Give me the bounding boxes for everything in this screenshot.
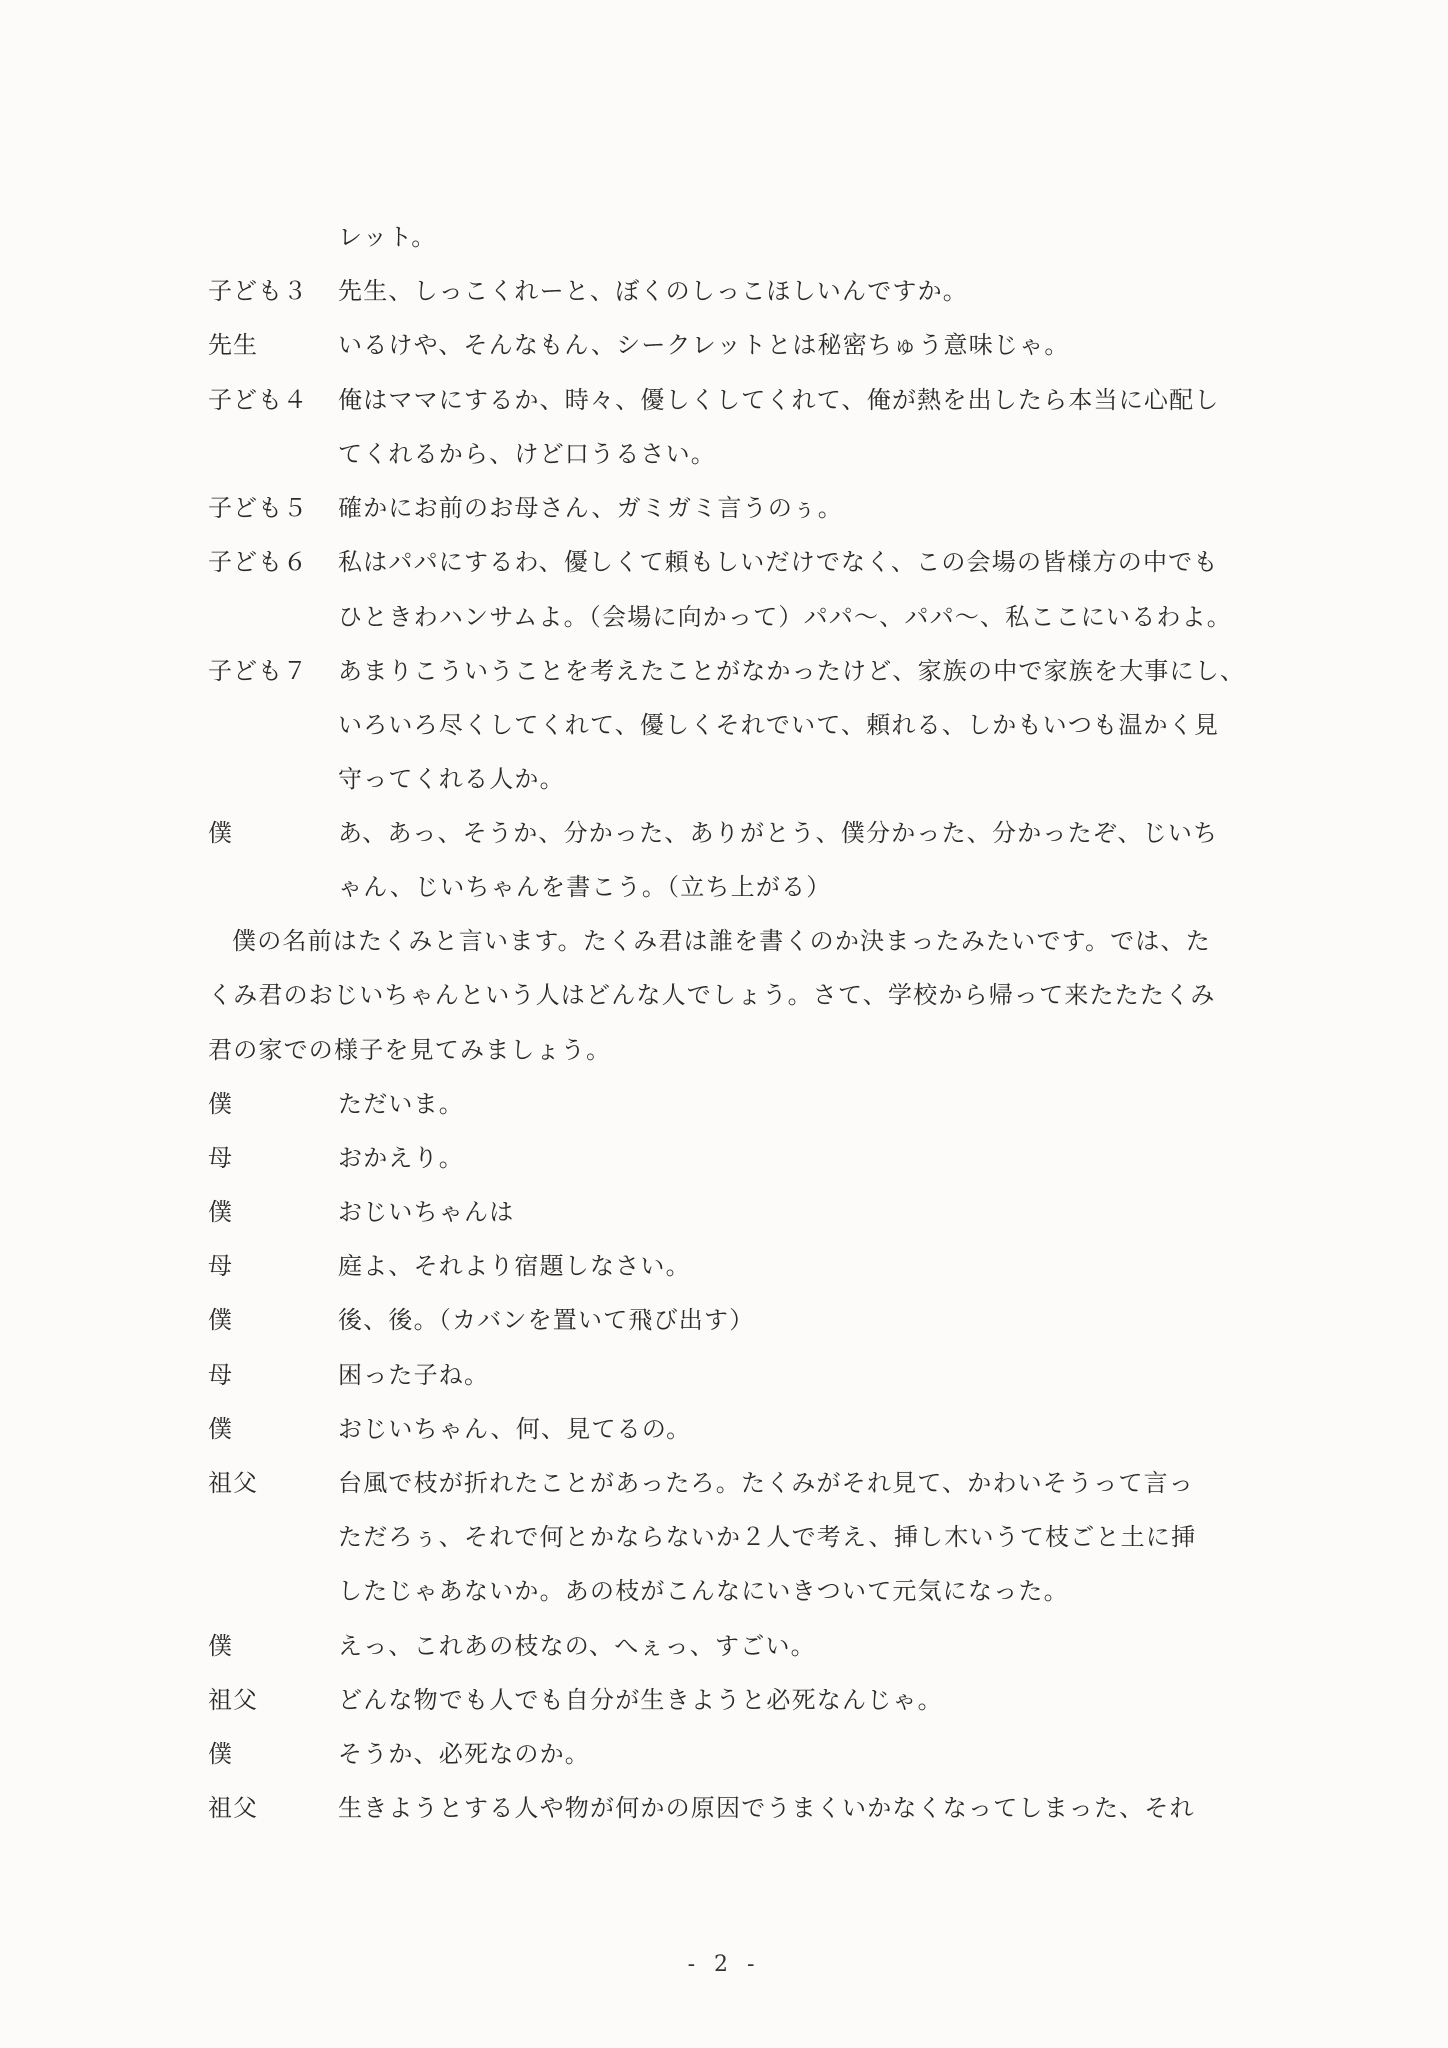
speaker-label: 母 [208, 1239, 338, 1293]
speaker-label: 僕 [208, 1619, 338, 1673]
speaker-label: 先生 [208, 318, 338, 372]
speaker-label: 子ども６ [208, 535, 338, 589]
script-line: ひときわハンサムよ。（会場に向かって）パパ～、パパ～、私ここにいるわよ。 [208, 590, 1248, 644]
script-line: 僕 あ、あっ、そうか、分かった、ありがとう、僕分かった、分かったぞ、じいち [208, 806, 1248, 860]
script-line: 子ども５ 確かにお前のお母さん、ガミガミ言うのぅ。 [208, 481, 1248, 535]
dialogue-text: したじゃあないか。あの枝がこんなにいきついて元気になった。 [338, 1564, 1248, 1618]
dialogue-text: 庭よ、それより宿題しなさい。 [338, 1239, 1248, 1293]
dialogue-text: 俺はママにするか、時々、優しくしてくれて、俺が熱を出したら本当に心配し [338, 373, 1248, 427]
speaker-label: 子ども４ [208, 373, 338, 427]
dialogue-text: 台風で枝が折れたことがあったろ。たくみがそれ見て、かわいそうって言っ [338, 1456, 1248, 1510]
speaker-label: 僕 [208, 1185, 338, 1239]
speaker-label: 祖父 [208, 1456, 338, 1510]
speaker-label: 僕 [208, 1077, 338, 1131]
narration-text: 君の家での様子を見てみましょう。 [208, 1023, 1248, 1077]
dialogue-text: ひときわハンサムよ。（会場に向かって）パパ～、パパ～、私ここにいるわよ。 [338, 590, 1248, 644]
script-line: 僕 おじいちゃんは [208, 1185, 1248, 1239]
dialogue-text: ゃん、じいちゃんを書こう。（立ち上がる） [338, 860, 1248, 914]
script-line: レット。 [208, 210, 1248, 264]
speaker-label: 子ども７ [208, 644, 338, 698]
narration-line: くみ君のおじいちゃんという人はどんな人でしょう。さて、学校から帰って来たたたくみ [208, 968, 1248, 1022]
dialogue-text: どんな物でも人でも自分が生きようと必死なんじゃ。 [338, 1673, 1248, 1727]
script-line: ゃん、じいちゃんを書こう。（立ち上がる） [208, 860, 1248, 914]
speaker-label: 僕 [208, 1402, 338, 1456]
script-line: 祖父 どんな物でも人でも自分が生きようと必死なんじゃ。 [208, 1673, 1248, 1727]
script-line: 僕 おじいちゃん、何、見てるの。 [208, 1402, 1248, 1456]
dialogue-text: いるけや、そんなもん、シークレットとは秘密ちゅう意味じゃ。 [338, 318, 1248, 372]
dialogue-text: あまりこういうことを考えたことがなかったけど、家族の中で家族を大事にし、 [338, 644, 1248, 698]
dialogue-text: 確かにお前のお母さん、ガミガミ言うのぅ。 [338, 481, 1248, 535]
script-line: 子ども７ あまりこういうことを考えたことがなかったけど、家族の中で家族を大事にし… [208, 644, 1248, 698]
narration-text: 僕の名前はたくみと言います。たくみ君は誰を書くのか決まったみたいです。では、た [232, 914, 1248, 968]
script-line: ただろぅ、それで何とかならないか２人で考え、挿し木いうて枝ごと土に挿 [208, 1510, 1248, 1564]
script-line: てくれるから、けど口うるさい。 [208, 427, 1248, 481]
script-line: 子ども３ 先生、しっこくれーと、ぼくのしっこほしいんですか。 [208, 264, 1248, 318]
dialogue-text: 後、後。（カバンを置いて飛び出す） [338, 1293, 1248, 1347]
script-line: 母 庭よ、それより宿題しなさい。 [208, 1239, 1248, 1293]
dialogue-text: レット。 [338, 210, 1248, 264]
speaker-label: 母 [208, 1131, 338, 1185]
script-line: 祖父 台風で枝が折れたことがあったろ。たくみがそれ見て、かわいそうって言っ [208, 1456, 1248, 1510]
dialogue-text: 守ってくれる人か。 [338, 752, 1248, 806]
dialogue-text: おじいちゃんは [338, 1185, 1248, 1239]
dialogue-text: えっ、これあの枝なの、へぇっ、すごい。 [338, 1619, 1248, 1673]
dialogue-text: 困った子ね。 [338, 1348, 1248, 1402]
dialogue-text: いろいろ尽くしてくれて、優しくそれでいて、頼れる、しかもいつも温かく見 [338, 698, 1248, 752]
document-page: レット。 子ども３ 先生、しっこくれーと、ぼくのしっこほしいんですか。 先生 い… [0, 0, 1448, 2048]
dialogue-text: ただろぅ、それで何とかならないか２人で考え、挿し木いうて枝ごと土に挿 [338, 1510, 1248, 1564]
script-line: したじゃあないか。あの枝がこんなにいきついて元気になった。 [208, 1564, 1248, 1618]
speaker-label: 子ども３ [208, 264, 338, 318]
dialogue-text: おじいちゃん、何、見てるの。 [338, 1402, 1248, 1456]
dialogue-text: あ、あっ、そうか、分かった、ありがとう、僕分かった、分かったぞ、じいち [338, 806, 1248, 860]
speaker-label: 僕 [208, 1727, 338, 1781]
dialogue-text: 私はパパにするわ、優しくて頼もしいだけでなく、この会場の皆様方の中でも [338, 535, 1248, 589]
narration-text: くみ君のおじいちゃんという人はどんな人でしょう。さて、学校から帰って来たたたくみ [208, 968, 1248, 1022]
narration-line: 僕の名前はたくみと言います。たくみ君は誰を書くのか決まったみたいです。では、た [208, 914, 1248, 968]
speaker-label: 僕 [208, 1293, 338, 1347]
dialogue-text: てくれるから、けど口うるさい。 [338, 427, 1248, 481]
script-line: 子ども４ 俺はママにするか、時々、優しくしてくれて、俺が熱を出したら本当に心配し [208, 373, 1248, 427]
script-line: 守ってくれる人か。 [208, 752, 1248, 806]
speaker-label: 祖父 [208, 1673, 338, 1727]
dialogue-text: そうか、必死なのか。 [338, 1727, 1248, 1781]
script-line: 子ども６ 私はパパにするわ、優しくて頼もしいだけでなく、この会場の皆様方の中でも [208, 535, 1248, 589]
script-line: 僕 ただいま。 [208, 1077, 1248, 1131]
speaker-label: 母 [208, 1348, 338, 1402]
dialogue-text: 生きようとする人や物が何かの原因でうまくいかなくなってしまった、それ [338, 1781, 1248, 1835]
script-line: 僕 そうか、必死なのか。 [208, 1727, 1248, 1781]
dialogue-text: 先生、しっこくれーと、ぼくのしっこほしいんですか。 [338, 264, 1248, 318]
script-line: 先生 いるけや、そんなもん、シークレットとは秘密ちゅう意味じゃ。 [208, 318, 1248, 372]
script-line: 母 困った子ね。 [208, 1348, 1248, 1402]
dialogue-text: おかえり。 [338, 1131, 1248, 1185]
speaker-label: 祖父 [208, 1781, 338, 1835]
script-line: 母 おかえり。 [208, 1131, 1248, 1185]
dialogue-text: ただいま。 [338, 1077, 1248, 1131]
script-line: 僕 えっ、これあの枝なの、へぇっ、すごい。 [208, 1619, 1248, 1673]
speaker-label: 僕 [208, 806, 338, 860]
script-line: 祖父 生きようとする人や物が何かの原因でうまくいかなくなってしまった、それ [208, 1781, 1248, 1835]
narration-line: 君の家での様子を見てみましょう。 [208, 1023, 1248, 1077]
page-number: - 2 - [0, 1952, 1448, 1977]
script-line: 僕 後、後。（カバンを置いて飛び出す） [208, 1293, 1248, 1347]
speaker-label: 子ども５ [208, 481, 338, 535]
script-line: いろいろ尽くしてくれて、優しくそれでいて、頼れる、しかもいつも温かく見 [208, 698, 1248, 752]
